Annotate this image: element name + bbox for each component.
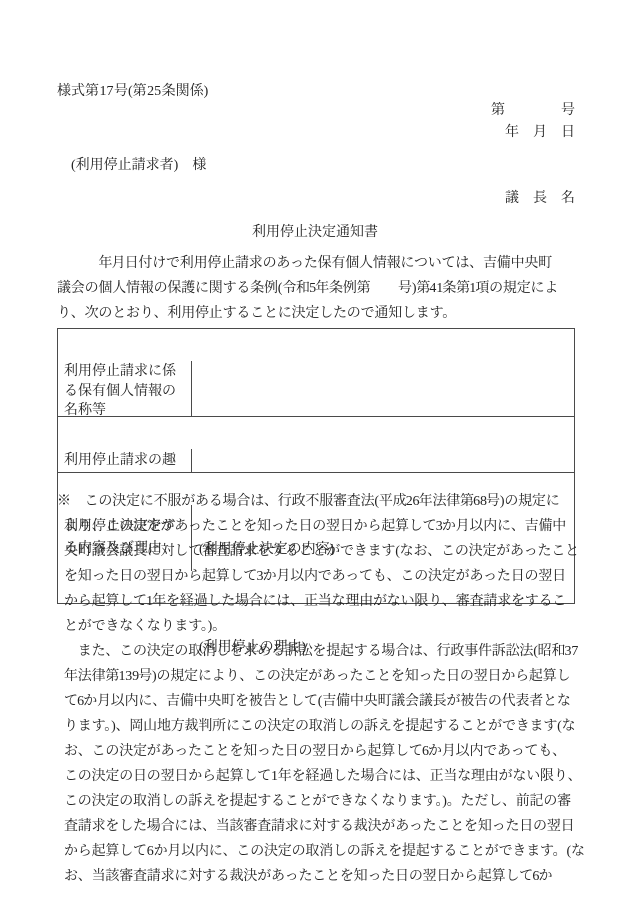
document-title: 利用停止決定通知書 — [0, 221, 630, 241]
note-line: この決定の取消しの訴えを提起することができなくなります。)。ただし、前記の審 — [57, 789, 581, 814]
form-number: 様式第 17 号(第 25 条関係) — [57, 80, 208, 100]
body-line: 年 月 日付けで利用停止請求のあった保有個人情報については、吉備中央町 — [57, 251, 579, 276]
table-value-held-info-name — [192, 361, 574, 416]
note-line: から起算して6か月以内に、この決定の取消しの訴えを提起することができます。(な — [57, 839, 581, 864]
note-line: を知った日の翌日から起算して 3 か月以内であっても、この決定があった日の翌日 — [57, 564, 581, 589]
body-line: 議会の個人情報の保護に関する条例(令和 5 年条例第 号)第 41 条第 1 項… — [57, 276, 579, 301]
note-line: 央町議会議長に対して審査請求をすることができます(なお、この決定があったこと — [57, 539, 581, 564]
document-number-line: 第 号 — [491, 99, 575, 119]
issue-date-line: 年 月 日 — [505, 121, 575, 141]
body-line: り、次のとおり、利用停止することに決定したので通知します。 — [57, 301, 579, 326]
note-line: この決定の日の翌日から起算して1年を経過した場合には、正当な理由がない限り、 — [57, 764, 581, 789]
addressee-line: (利用停止請求者) 様 — [71, 154, 206, 174]
note-line: 査請求をした場合には、当該審査請求に対する裁決があったことを知った日の翌日 — [57, 814, 581, 839]
note-line: 年法律第 139 号)の規定により、この決定があったことを知った日の翌日から起算… — [57, 664, 581, 689]
note-line: より、この決定があったことを知った日の翌日から起算して 3 か月以内に、吉備中 — [57, 514, 581, 539]
body-paragraph: 年 月 日付けで利用停止請求のあった保有個人情報については、吉備中央町議会の個人… — [57, 251, 579, 326]
note-line: から起算して 1 年を経過した場合には、正当な理由がない限り、審査請求をするこ — [57, 589, 581, 614]
table-value-request-purport — [192, 449, 574, 472]
note-line: ります。)、岡山地方裁判所にこの決定の取消しの訴えを提起することができます(な — [57, 714, 581, 739]
note-line: また、この決定の取消しを求める訴訟を提起する場合は、行政事件訴訟法(昭和 37 — [57, 639, 581, 664]
appeal-note-paragraph: ※ この決定に不服がある場合は、行政不服審査法(平成 26 年法律第 68 号)… — [57, 489, 581, 889]
note-line: ※ この決定に不服がある場合は、行政不服審査法(平成 26 年法律第 68 号)… — [57, 489, 581, 514]
sender-name-line: 議 長 名 — [505, 187, 575, 207]
table-label-request-purport: 利用停止請求の趣旨 — [58, 449, 192, 472]
table-label-held-info-name: 利用停止請求に係る保有個人情報の名称等 — [58, 361, 192, 416]
note-line: て 6 か月以内に、吉備中央町を被告として(吉備中央町議会議長が被告の代表者とな — [57, 689, 581, 714]
note-line: お、当該審査請求に対する裁決があったことを知った日の翌日から起算して 6 か — [57, 864, 581, 889]
table-row-held-info-name: 利用停止請求に係る保有個人情報の名称等 — [58, 361, 574, 417]
table-row-request-purport: 利用停止請求の趣旨 — [58, 449, 574, 473]
note-line: お、この決定があったことを知った日の翌日から起算して 6 か月以内であっても、 — [57, 739, 581, 764]
note-line: とができなくなります。)。 — [57, 614, 581, 639]
document-page: 様式第 17 号(第 25 条関係) 第 号 年 月 日 (利用停止請求者) 様… — [0, 0, 630, 903]
